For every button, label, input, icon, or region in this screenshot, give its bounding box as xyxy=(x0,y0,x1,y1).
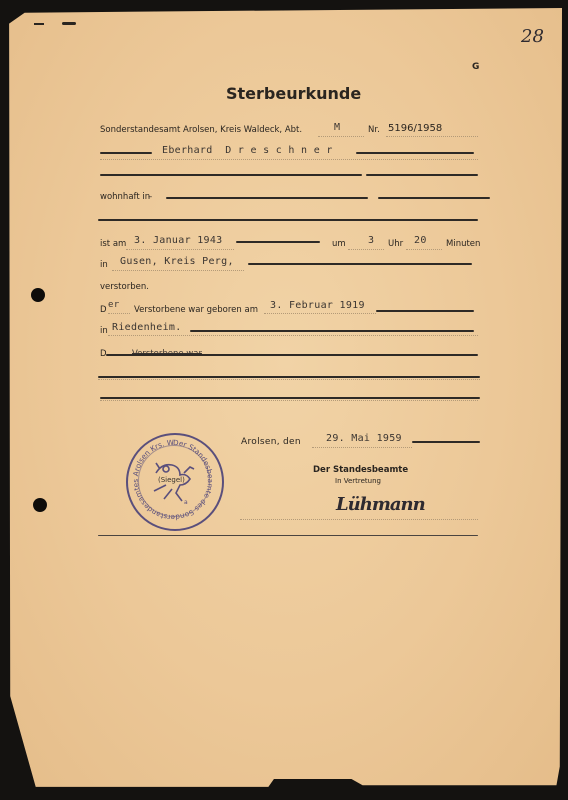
rule xyxy=(98,376,480,378)
death-hour: 3 xyxy=(368,235,374,246)
death-date: 3. Januar 1943 xyxy=(134,235,223,246)
rule xyxy=(166,197,368,199)
dotted-rule xyxy=(98,379,480,380)
rule xyxy=(190,330,474,332)
dotted-rule xyxy=(264,313,376,314)
dotted-rule xyxy=(100,159,478,160)
punch-hole-upper xyxy=(31,288,45,302)
rule xyxy=(356,152,474,154)
rule xyxy=(248,263,472,265)
residence-dash: – xyxy=(148,192,152,202)
death-minutes: 20 xyxy=(414,235,427,246)
dotted-rule xyxy=(318,136,364,137)
rule xyxy=(100,152,152,154)
um-label: um xyxy=(332,239,346,249)
birth-place: Riedenheim. xyxy=(112,322,182,333)
dotted-rule xyxy=(386,136,478,137)
dotted-rule xyxy=(126,249,234,250)
department-value: M xyxy=(334,122,340,133)
dotted-rule xyxy=(112,270,244,271)
seal-center-text: (Siegel) xyxy=(158,476,185,484)
died-verb: verstorben. xyxy=(100,282,149,292)
rule xyxy=(412,441,480,443)
in-label: in xyxy=(100,260,108,270)
dotted-rule xyxy=(100,400,478,401)
closing-rule xyxy=(98,535,478,536)
rule xyxy=(376,310,474,312)
rule xyxy=(236,241,320,243)
rule xyxy=(100,174,362,176)
birth-in-label: in xyxy=(100,326,108,336)
dotted-rule xyxy=(240,519,478,520)
page-number: 28 xyxy=(521,26,544,47)
registrar-title: Der Standesbeamte xyxy=(313,465,408,475)
dotted-rule xyxy=(108,335,478,336)
ink-smudge xyxy=(34,23,44,25)
rule xyxy=(366,174,478,176)
official-seal: Der Standesbeamte des Sonderstandesamtes… xyxy=(126,433,224,531)
document-title: Sterbeurkunde xyxy=(226,84,361,103)
rule xyxy=(100,397,480,399)
dotted-rule xyxy=(108,313,130,314)
seal-small-mark: a xyxy=(184,499,188,506)
dotted-rule xyxy=(406,249,442,250)
corner-mark: G xyxy=(472,62,479,72)
dotted-rule xyxy=(312,447,412,448)
issue-date: 29. Mai 1959 xyxy=(326,433,402,444)
birth-label: Verstorbene war geboren am xyxy=(134,305,258,315)
nr-label: Nr. xyxy=(368,125,380,135)
strike-rule xyxy=(106,354,478,356)
deputy-note: In Vertretung xyxy=(335,477,381,485)
office-label: Sonderstandesamt Arolsen, Kreis Waldeck,… xyxy=(100,125,302,135)
rule xyxy=(98,219,478,221)
death-place: Gusen, Kreis Perg, xyxy=(120,256,234,267)
birth-date: 3. Februar 1919 xyxy=(270,300,365,311)
residence-label: wohnhaft in xyxy=(100,192,150,202)
rule xyxy=(378,197,490,199)
dotted-rule xyxy=(348,249,384,250)
minuten-label: Minuten xyxy=(446,239,480,249)
nr-value: 5196/1958 xyxy=(388,123,442,134)
deceased-name: Eberhard D r e s c h n e r xyxy=(162,145,333,156)
punch-hole-lower xyxy=(33,498,47,512)
issue-place-label: Arolsen, den xyxy=(241,437,301,447)
signature: Lühmann xyxy=(336,494,425,515)
birth-article-suffix: er xyxy=(108,300,119,310)
uhr-label: Uhr xyxy=(388,239,403,249)
ink-smudge xyxy=(62,22,76,25)
birth-article-prefix: D xyxy=(100,305,107,315)
death-prefix: ist am xyxy=(100,239,126,249)
